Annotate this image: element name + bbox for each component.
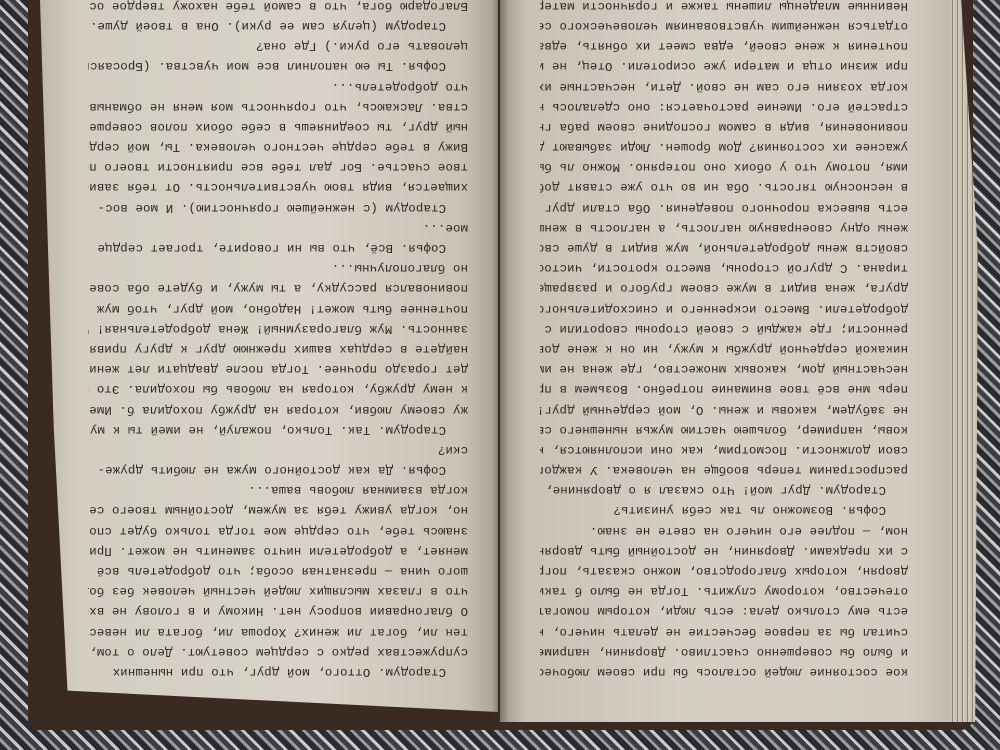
text-line: считал бы за первое бесчестие не делать … (540, 621, 908, 641)
text-line: дворян, которых благородство, можно сказ… (540, 561, 908, 581)
text-line: несчастный дом, каковых множество, где ж… (540, 359, 908, 379)
text-line: жу своему любви, которая на дружбу поход… (88, 399, 468, 419)
text-line: Стародум. Друг мой! Что сказал я о дворя… (540, 480, 908, 500)
text-line: отечество, которому служить. Тогда не бы… (540, 581, 908, 601)
text-line: повиновения, видя в самом господине свое… (540, 117, 908, 137)
text-line: знаюсь тебе, что сердце мое тогда только… (88, 521, 468, 541)
text-line: ный друг, ты соединяешь в себе обоих пол… (88, 117, 468, 137)
text-line: имя, потому что у обоих оно потеряно. Мо… (540, 157, 908, 177)
text-line: почтения к жене своей, едва смеет их обн… (540, 36, 908, 56)
text-line: Стародум (целуя сам ее руки). Она в твое… (88, 16, 468, 36)
page-stack-edges (950, 0, 978, 722)
text-line: страстей его. Имение расточается: оно сд… (540, 97, 908, 117)
text-line: в несносную тягость. Оба ни во что уже с… (540, 177, 908, 197)
text-line: при жизни отца и матери уже осиротели. О… (540, 56, 908, 76)
text-line: Стародум. Так. Только, пожалуй, не имей … (88, 420, 468, 440)
text-line: шого чина — презнатная особа; что доброд… (88, 561, 468, 581)
text-line: мое... (88, 218, 468, 238)
text-line: целовать его руки.) Где она? (88, 36, 468, 56)
text-line: Стародум. Оттого, мой друг, что при ныне… (88, 662, 468, 682)
text-line: не забудем, каковы и жены. О, мой сердеч… (540, 399, 908, 419)
text-line: когда хозяин его сам не свой. Дети, несч… (540, 76, 908, 96)
text-line: твое счастье. Бог дал тебе все приятност… (88, 157, 468, 177)
text-line: жены одну своенравную наглость, а наглос… (540, 218, 908, 238)
text-line: О благонравии вопросу нет. Никому и в го… (88, 601, 468, 621)
text-line: свойств жены добродетельной, муж видит в… (540, 238, 908, 258)
text-line: к нему дружбу, которая на любовь бы похо… (88, 379, 468, 399)
text-line: есть вывеска порочного поведения. Оба ст… (540, 198, 908, 218)
text-line: найдете в сердцах ваших прежнюю друг к д… (88, 339, 468, 359)
text-line: когда взаимная любовь ваша... (88, 480, 468, 500)
book-page-120: кое состояние людей осталось бы при свое… (500, 0, 950, 722)
text-line: свои должности. Посмотрим, как они испол… (540, 440, 908, 460)
text-line: занность. Муж благоразумный! Жена доброд… (88, 319, 468, 339)
text-line: ном, — подлее его ничего на свете не зна… (540, 521, 908, 541)
page-120-text: кое состояние людей осталось бы при свое… (540, 42, 908, 682)
text-line: Софья. Всё, что вы ни говорите, трогает … (88, 238, 468, 258)
text-line: что добродетель... (88, 76, 468, 96)
text-line: Стародум (с нежнейшею горячностию). И мо… (88, 198, 468, 218)
text-line: ужаснее их состояния? Дом брошен. Люди з… (540, 137, 908, 157)
text-line: Невинные младенцы лишены также и горячно… (540, 0, 908, 16)
text-line: есть ему столько дела: есть люди, которы… (540, 601, 908, 621)
text-line: Вижу в тебе сердце честного человека. Ты… (88, 137, 468, 157)
text-line: Софья. Да как достойного мужа не любить … (88, 460, 468, 480)
text-line: и было бы совершенно счастливо. Дворянин… (540, 642, 908, 662)
text-line: перь мне всё твое внимание потребно. Воз… (540, 379, 908, 399)
text-line: Софья. Ты ею наполнил все мои чувства. (… (88, 56, 468, 76)
text-line: но благополучны... (88, 258, 468, 278)
text-line: никакой сердечной дружбы к мужу, ни он к… (540, 339, 908, 359)
book-page-121: Стародум. Оттого, мой друг, что при ныне… (40, 0, 498, 712)
text-line: почтеннее быть может! Надобно, мой друг,… (88, 298, 468, 318)
text-line: с их предками. Дворянин, не достойный бы… (540, 541, 908, 561)
book-gutter (492, 0, 508, 722)
text-line: друга, жена видит в муже своем грубого и… (540, 278, 908, 298)
text-line: ренности; где каждый с своей стороны сво… (540, 319, 908, 339)
text-line: ства. Ласкаюсь, что горячность моя меня … (88, 97, 468, 117)
text-line: отдаться нежнейшим чувствованиям человеч… (540, 16, 908, 36)
text-line: меняет, а добродетели ничто заменить не … (88, 541, 468, 561)
text-line: распространим теперь вообще на человека.… (540, 460, 908, 480)
text-line: ковы, например, большею частию мужья нын… (540, 420, 908, 440)
text-line: Софья. Возможно ль так себя унизить? (540, 500, 908, 520)
text-line: дет гораздо прочнее. Тогда после двадцат… (88, 359, 468, 379)
page-120-lines: кое состояние людей осталось бы при свое… (540, 0, 908, 682)
text-line: повиновался рассудку, а ты мужу, и будет… (88, 278, 468, 298)
page-121-text: Стародум. Оттого, мой друг, что при ныне… (88, 42, 468, 682)
text-line: хищается, видя твою чувствительность. От… (88, 177, 468, 197)
text-line: Благодарю бога, что в самой тебе нахожу … (88, 0, 468, 16)
text-line: тен ли, богат ли жених? Хороша ли, богат… (88, 621, 468, 641)
text-line: тирана. С другой стороны, вместо кротост… (540, 258, 908, 278)
text-line: кое состояние людей осталось бы при свое… (540, 662, 908, 682)
text-line: добродетели. Вместо искреннего и снисход… (540, 298, 908, 318)
text-line: что в глазах мыслящих людей честный чело… (88, 581, 468, 601)
page-121-lines: Стародум. Оттого, мой друг, что при ныне… (88, 0, 468, 682)
text-line: но, когда увижу тебя за мужем, достойным… (88, 500, 468, 520)
text-line: ски? (88, 440, 468, 460)
text-line: супружествах редко с сердцем советуют. Д… (88, 642, 468, 662)
